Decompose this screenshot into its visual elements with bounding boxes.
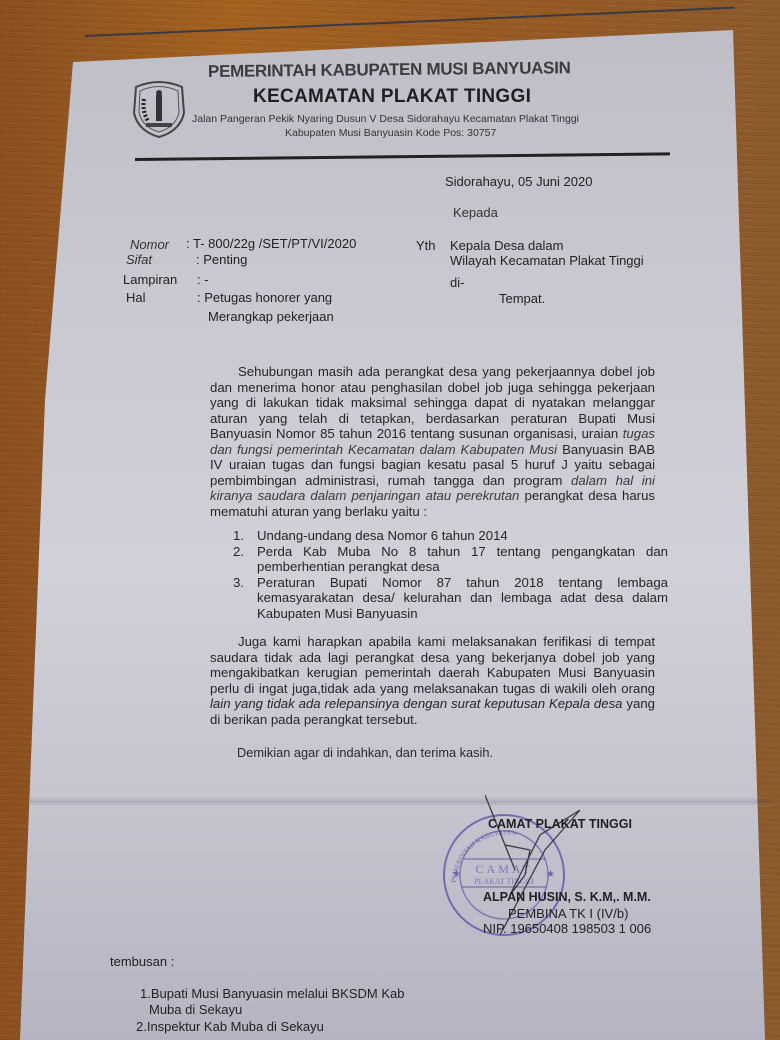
closing-line: Demikian agar di indahkan, dan terima ka… [237, 745, 493, 760]
tembusan-label: tembusan : [110, 954, 174, 969]
tembusan-item-1: 1.Bupati Musi Banyuasin melalui BKSDM Ka… [140, 986, 404, 1001]
yth-label: Yth [416, 238, 436, 253]
tembusan-item-1-cont: Muba di Sekayu [149, 1002, 242, 1017]
letterhead-district: KECAMATAN PLAKAT TINGGI [253, 86, 531, 108]
regency-crest-icon [130, 77, 188, 139]
signatory-rank: PEMBINA TK I (IV/b) [508, 906, 628, 921]
official-letter: PEMERINTAH KABUPATEN MUSI BANYUASIN KECA… [0, 0, 780, 1040]
hal-value-line1: : Petugas honorer yang [197, 290, 332, 305]
letterhead-address: Jalan Pangeran Pekik Nyaring Dusun V Des… [192, 113, 579, 125]
lampiran-value: : - [197, 272, 209, 287]
kepada-label: Kepada [453, 205, 498, 220]
recipient-line4: Tempat. [499, 291, 545, 306]
hal-label: Hal [126, 290, 146, 305]
list-number: 1. [233, 528, 244, 544]
recipient-line2: Wilayah Kecamatan Plakat Tinggi [450, 253, 644, 268]
list-text: Undang-undang desa Nomor 6 tahun 2014 [257, 528, 508, 543]
list-number: 2. [233, 544, 244, 560]
recipient-line3: di- [450, 275, 464, 290]
body-paragraph-2: Juga kami harapkan apabila kami melaksan… [210, 634, 655, 727]
lampiran-label: Lampiran [123, 272, 177, 287]
tembusan-item-2: 2.Inspektur Kab Muba di Sekayu [136, 1019, 324, 1034]
nomor-label: Nomor [130, 237, 169, 252]
signatory-name: ALPAN HUSIN, S. K.M,. M.M. [483, 890, 651, 904]
paper-fold-crease [30, 797, 770, 807]
signatory-nip: NIP. 19650408 198503 1 006 [483, 921, 651, 936]
list-item: 3.Peraturan Bupati Nomor 87 tahun 2018 t… [233, 575, 668, 622]
list-text: Peraturan Bupati Nomor 87 tahun 2018 ten… [257, 575, 668, 621]
recipient-line1: Kepala Desa dalam [450, 238, 563, 253]
paragraph2-text-b: lain yang tidak ada relepansinya dengan … [210, 696, 623, 711]
sifat-label: Sifat [126, 252, 152, 267]
hal-value-line2: Merangkap pekerjaan [208, 309, 334, 324]
letterhead-postal: Kabupaten Musi Banyuasin Kode Pos: 30757 [285, 127, 496, 139]
letterhead-divider [135, 152, 670, 161]
paper-top-edge-line [85, 7, 734, 37]
body-paragraph-1: Sehubungan masih ada perangkat desa yang… [210, 364, 655, 519]
list-item: 2.Perda Kab Muba No 8 tahun 17 tentang p… [233, 544, 668, 575]
nomor-value: : T- 800/22g /SET/PT/VI/2020 [186, 236, 356, 251]
list-item: 1.Undang-undang desa Nomor 6 tahun 2014 [233, 528, 668, 544]
sifat-value: : Penting [196, 252, 247, 267]
regulation-list: 1.Undang-undang desa Nomor 6 tahun 2014 … [233, 528, 668, 621]
paragraph1-text-a: Sehubungan masih ada perangkat desa yang… [210, 364, 655, 441]
paragraph2-text-a: Juga kami harapkan apabila kami melaksan… [210, 634, 655, 696]
signatory-title: CAMAT PLAKAT TINGGI [488, 817, 632, 831]
letterhead-government: PEMERINTAH KABUPATEN MUSI BANYUASIN [208, 58, 571, 82]
list-number: 3. [233, 575, 244, 591]
list-text: Perda Kab Muba No 8 tahun 17 tentang pen… [257, 544, 668, 575]
letter-date: Sidorahayu, 05 Juni 2020 [445, 174, 592, 189]
